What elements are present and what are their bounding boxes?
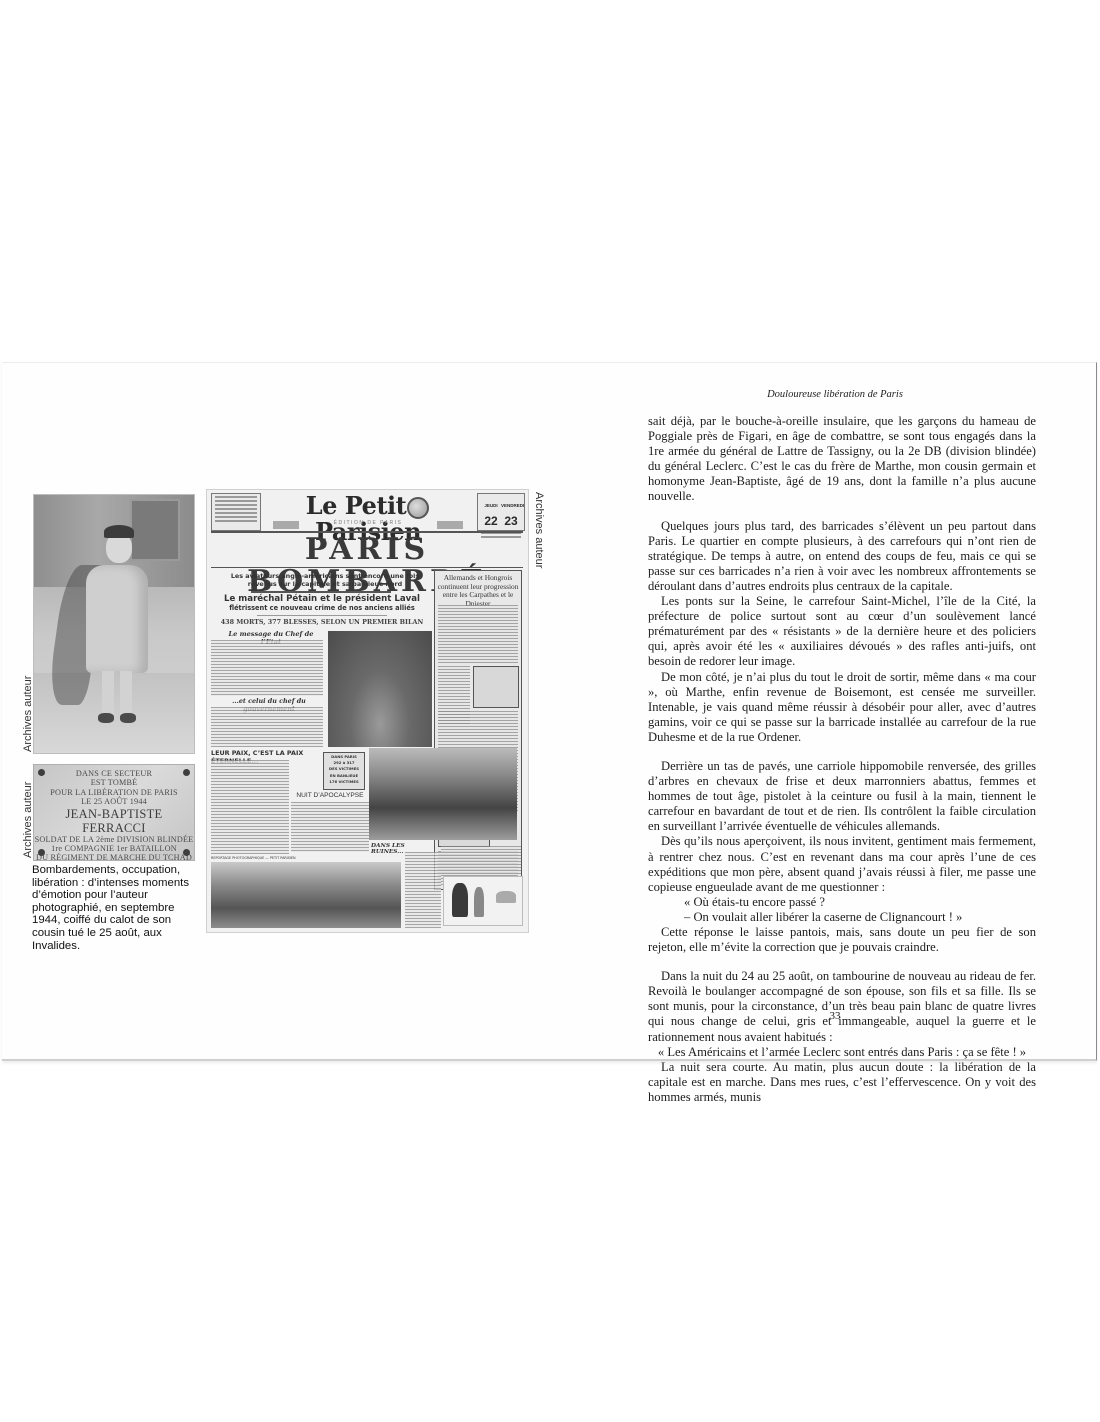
- photo-boy-1944: [33, 494, 195, 754]
- photo-boy-cap: [104, 525, 134, 538]
- plaque-line: EST TOMBÉ: [34, 778, 194, 787]
- newspaper-side-column: Allemands et Hongrois continuent leur pr…: [434, 570, 522, 890]
- paragraph: Derrière un tas de pavés, une carriole h…: [648, 759, 1036, 834]
- paragraph: Dans la nuit du 24 au 25 août, on tambou…: [648, 969, 1036, 1044]
- photo-boy-shoe: [98, 713, 114, 723]
- paragraph: sait déjà, par le bouche-à-oreille insul…: [648, 414, 1036, 505]
- photo-credit-plaque: Archives auteur: [22, 782, 34, 858]
- newspaper-info-box: [211, 493, 261, 531]
- newspaper-petain-line2: flétrissent ce nouveau crime de nos anci…: [211, 604, 433, 612]
- plaque-line: LE 25 AOÛT 1944: [34, 797, 194, 806]
- photo-caption: Bombardements, occupation, libération : …: [32, 864, 204, 952]
- photo-window: [130, 499, 180, 561]
- newspaper-petain-line1: Le maréchal Pétain et le président Laval: [211, 594, 433, 604]
- screw-icon: [38, 769, 45, 776]
- newspaper-edition: ÉDITION DE PARIS: [265, 520, 471, 530]
- plaque-line: DU RÉGIMENT DE MARCHE DU TCHAD: [34, 853, 194, 862]
- running-head: Douloureuse libération de Paris: [600, 389, 1070, 400]
- divider: [257, 615, 387, 616]
- divider: [251, 591, 391, 593]
- newspaper-nuit-apocalypse: NUIT D’APOCALYPSE: [291, 792, 369, 800]
- plaque-name: JEAN-BAPTISTE FERRACCI: [34, 807, 194, 835]
- newspaper-subhead: Les aviateurs anglo-américains sont enco…: [227, 572, 423, 588]
- paragraph: La nuit sera courte. Au matin, plus aucu…: [648, 1060, 1036, 1105]
- plaque-line: POUR LA LIBÉRATION DE PARIS: [34, 788, 194, 797]
- newspaper-dans-paris-box: DANS PARIS 292 à 317 DES VICTIMES EN BAN…: [323, 752, 365, 790]
- photo-boy-shoe: [120, 713, 136, 723]
- paragraph: Les ponts sur la Seine, le carrefour Sai…: [648, 594, 1036, 669]
- photo-boy-leg: [120, 671, 132, 715]
- screw-icon: [38, 849, 45, 856]
- screw-icon: [183, 849, 190, 856]
- newspaper-front-page: Le PetitParisien ÉDITION DE PARIS JEUDIV…: [206, 489, 529, 933]
- screw-icon: [183, 769, 190, 776]
- photo-credit-boy: Archives auteur: [22, 676, 34, 752]
- memorial-plaque: DANS CE SECTEUR EST TOMBÉ POUR LA LIBÉRA…: [33, 764, 195, 861]
- newspaper-photo-ruins: [328, 631, 432, 747]
- paragraph: Dès qu’ils nous aperçoivent, ils nous in…: [648, 834, 1036, 894]
- page-number: 33: [600, 1010, 1070, 1022]
- photo-boy-leg: [102, 671, 114, 715]
- newspaper-casualty-toll: 438 MORTS, 377 BLESSES, SELON UN PREMIER…: [211, 618, 433, 626]
- newspaper-photo-street: [369, 748, 517, 840]
- photo-boy-coat: [86, 565, 148, 673]
- photo-credit-newspaper: Archives auteur: [533, 492, 545, 568]
- paragraph: Quelques jours plus tard, des barricades…: [648, 519, 1036, 594]
- globe-icon: [407, 497, 429, 519]
- dialogue-line: « Les Américains et l’armée Leclerc sont…: [648, 1045, 1036, 1060]
- plaque-line: SOLDAT DE LA 2ème DIVISION BLINDÉE: [34, 835, 194, 844]
- newspaper-photo-credit: REPORTAGE PHOTOGRAPHIQUE — PETIT PARISIE…: [211, 856, 331, 861]
- paragraph: De mon côté, je n’ai plus du tout le dro…: [648, 670, 1036, 745]
- plaque-line: DANS CE SECTEUR: [34, 769, 194, 778]
- side-column-headline: Allemands et Hongrois continuent leur pr…: [437, 574, 519, 608]
- newspaper-date-box: JEUDIVENDREDI 2223: [477, 493, 525, 531]
- newspaper-cartoon: [443, 876, 523, 926]
- body-text: sait déjà, par le bouche-à-oreille insul…: [648, 414, 1036, 1105]
- newspaper-header: Le PetitParisien ÉDITION DE PARIS JEUDIV…: [211, 493, 523, 531]
- newspaper-photo-rubble: [211, 862, 401, 928]
- divider: [211, 567, 523, 568]
- dialogue-line: – On voulait aller libérer la caserne de…: [648, 910, 1036, 925]
- paragraph: Cette réponse le laisse pantois, mais, s…: [648, 925, 1036, 955]
- dialogue-line: « Où étais-tu encore passé ?: [648, 895, 1036, 910]
